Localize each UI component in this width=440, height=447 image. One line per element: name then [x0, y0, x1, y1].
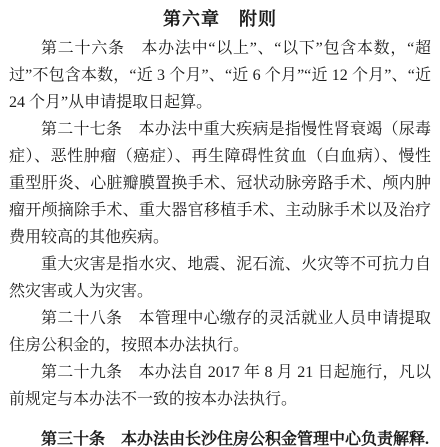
paragraph-article-30: 第三十条 本办法由长沙住房公积金管理中心负责解释. — [9, 426, 431, 447]
paragraph-article-27: 第二十七条 本办法中重大疾病是指慢性肾衰竭（尿毒症）、恶性肿瘤（癌症）、再生障碍… — [9, 116, 431, 251]
chapter-title: 第六章 附则 — [9, 6, 431, 32]
document-body: 第二十六条 本办法中“以上”、“以下”包含本数，“超过”不包含本数，“近 3 个… — [9, 35, 431, 447]
paragraph-article-27-disaster: 重大灾害是指水灾、地震、泥石流、火灾等不可抗力自然灾害或人为灾害。 — [9, 251, 431, 305]
paragraph-article-28: 第二十八条 本管理中心缴存的灵活就业人员申请提取住房公积金的，按照本办法执行。 — [9, 305, 431, 359]
paragraph-article-26: 第二十六条 本办法中“以上”、“以下”包含本数，“超过”不包含本数，“近 3 个… — [9, 35, 431, 116]
document-page: 第六章 附则 第二十六条 本办法中“以上”、“以下”包含本数，“超过”不包含本数… — [0, 0, 440, 447]
paragraph-article-29: 第二十九条 本办法自 2017 年 8 月 21 日起施行，凡以前规定与本办法不… — [9, 359, 431, 413]
